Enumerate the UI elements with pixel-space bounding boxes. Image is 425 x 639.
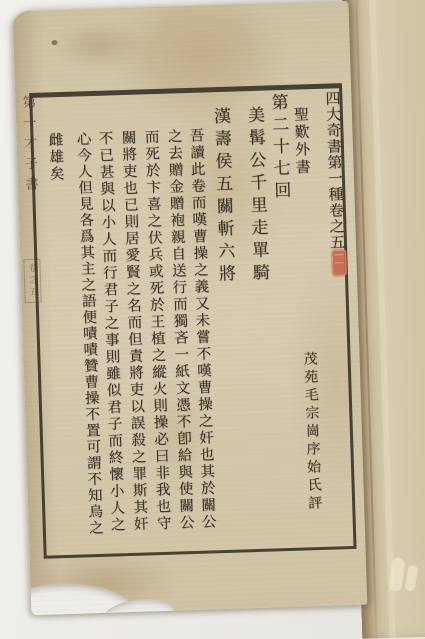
book: 第一才子書 卷之五 四大奇書第一種卷之五 聖歎外書 茂苑毛宗崗序始氏評 第二十七… [0,0,425,639]
page-edge-sheen [404,564,418,591]
chapter-title-line2: 漢壽侯五關斬六將 [208,107,239,288]
commentary-column: 雌雄矣 [44,132,67,183]
photo-scene: 第一才子書 卷之五 四大奇書第一種卷之五 聖歎外書 茂苑毛宗崗序始氏評 第二十七… [0,0,425,639]
page-edge-sheen [388,557,405,592]
paper-speck [51,40,57,45]
text-area: 四大奇書第一種卷之五 聖歎外書 茂苑毛宗崗序始氏評 第二十七回 美髯公千里走單騎… [32,88,353,555]
collector-seal [331,249,347,276]
chapter-number: 第二十七回 [265,93,293,204]
commentator-credit: 茂苑毛宗崗序始氏評 [299,351,324,514]
text-frame: 四大奇書第一種卷之五 聖歎外書 茂苑毛宗崗序始氏評 第二十七回 美髯公千里走單騎… [29,83,356,559]
volume-title: 四大奇書第一種卷之五 [322,90,348,251]
paper-stain [53,19,145,72]
series-label: 聖歎外書 [291,106,314,177]
book-page: 第一才子書 卷之五 四大奇書第一種卷之五 聖歎外書 茂苑毛宗崗序始氏評 第二十七… [13,1,368,615]
